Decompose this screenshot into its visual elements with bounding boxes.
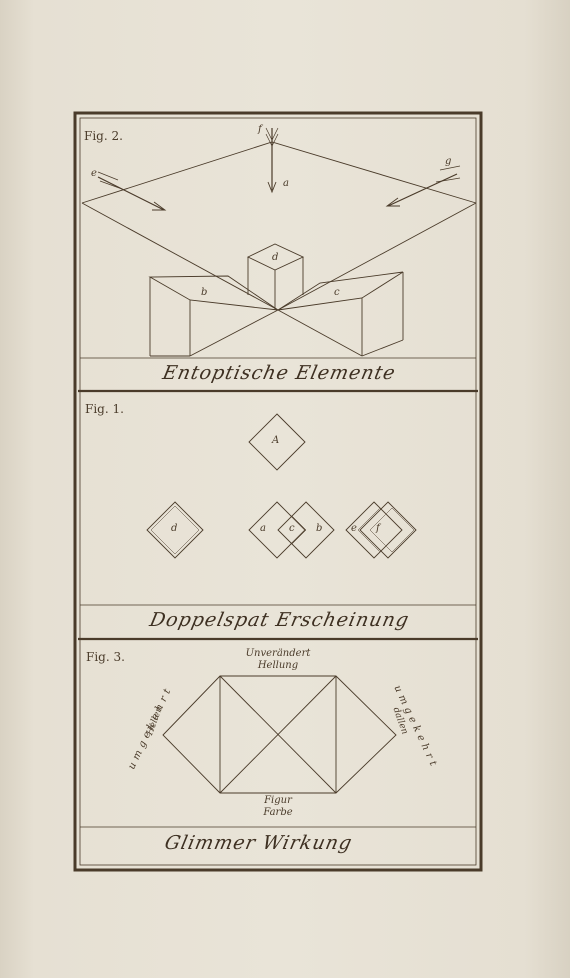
fig2-letter-c: c bbox=[334, 287, 340, 298]
fig1-title: Doppelspat Erscheinung bbox=[148, 609, 412, 631]
fig1-drawing bbox=[147, 414, 416, 558]
fig2-letter-d: d bbox=[272, 252, 278, 263]
fig3-top-line1: Unverändert bbox=[228, 648, 328, 660]
fig2-drawing bbox=[82, 128, 476, 356]
fig2-letter-a: a bbox=[283, 178, 289, 189]
fig3-label: Fig. 3. bbox=[86, 650, 125, 664]
fig1-letter-d: d bbox=[171, 523, 177, 534]
fig2-title: Entoptische Elemente bbox=[161, 362, 398, 384]
fig2-letter-f: f bbox=[258, 124, 262, 135]
fig3-bottom-label: Figur Farbe bbox=[238, 795, 318, 819]
fig2-letter-g: g bbox=[445, 156, 451, 167]
fig1-letter-a: a bbox=[260, 523, 266, 534]
fig2-letter-b: b bbox=[201, 287, 207, 298]
fig3-drawing bbox=[163, 676, 396, 793]
fig2-label: Fig. 2. bbox=[84, 129, 123, 143]
fig2-letter-e: e bbox=[91, 168, 97, 179]
fig1-letter-e: e bbox=[351, 523, 357, 534]
fig3-bottom-line1: Figur bbox=[238, 795, 318, 807]
fig1-label: Fig. 1. bbox=[85, 402, 124, 416]
fig3-title: Glimmer Wirkung bbox=[163, 832, 355, 854]
fig1-letter-b: b bbox=[316, 523, 322, 534]
fig1-letter-c: c bbox=[289, 523, 295, 534]
fig1-letter-A: A bbox=[272, 435, 279, 446]
fig3-bottom-line2: Farbe bbox=[238, 807, 318, 819]
fig3-top-line2: Hellung bbox=[228, 660, 328, 672]
fig3-top-label: Unverändert Hellung bbox=[228, 648, 328, 672]
fig1-letter-f: f bbox=[376, 523, 380, 534]
